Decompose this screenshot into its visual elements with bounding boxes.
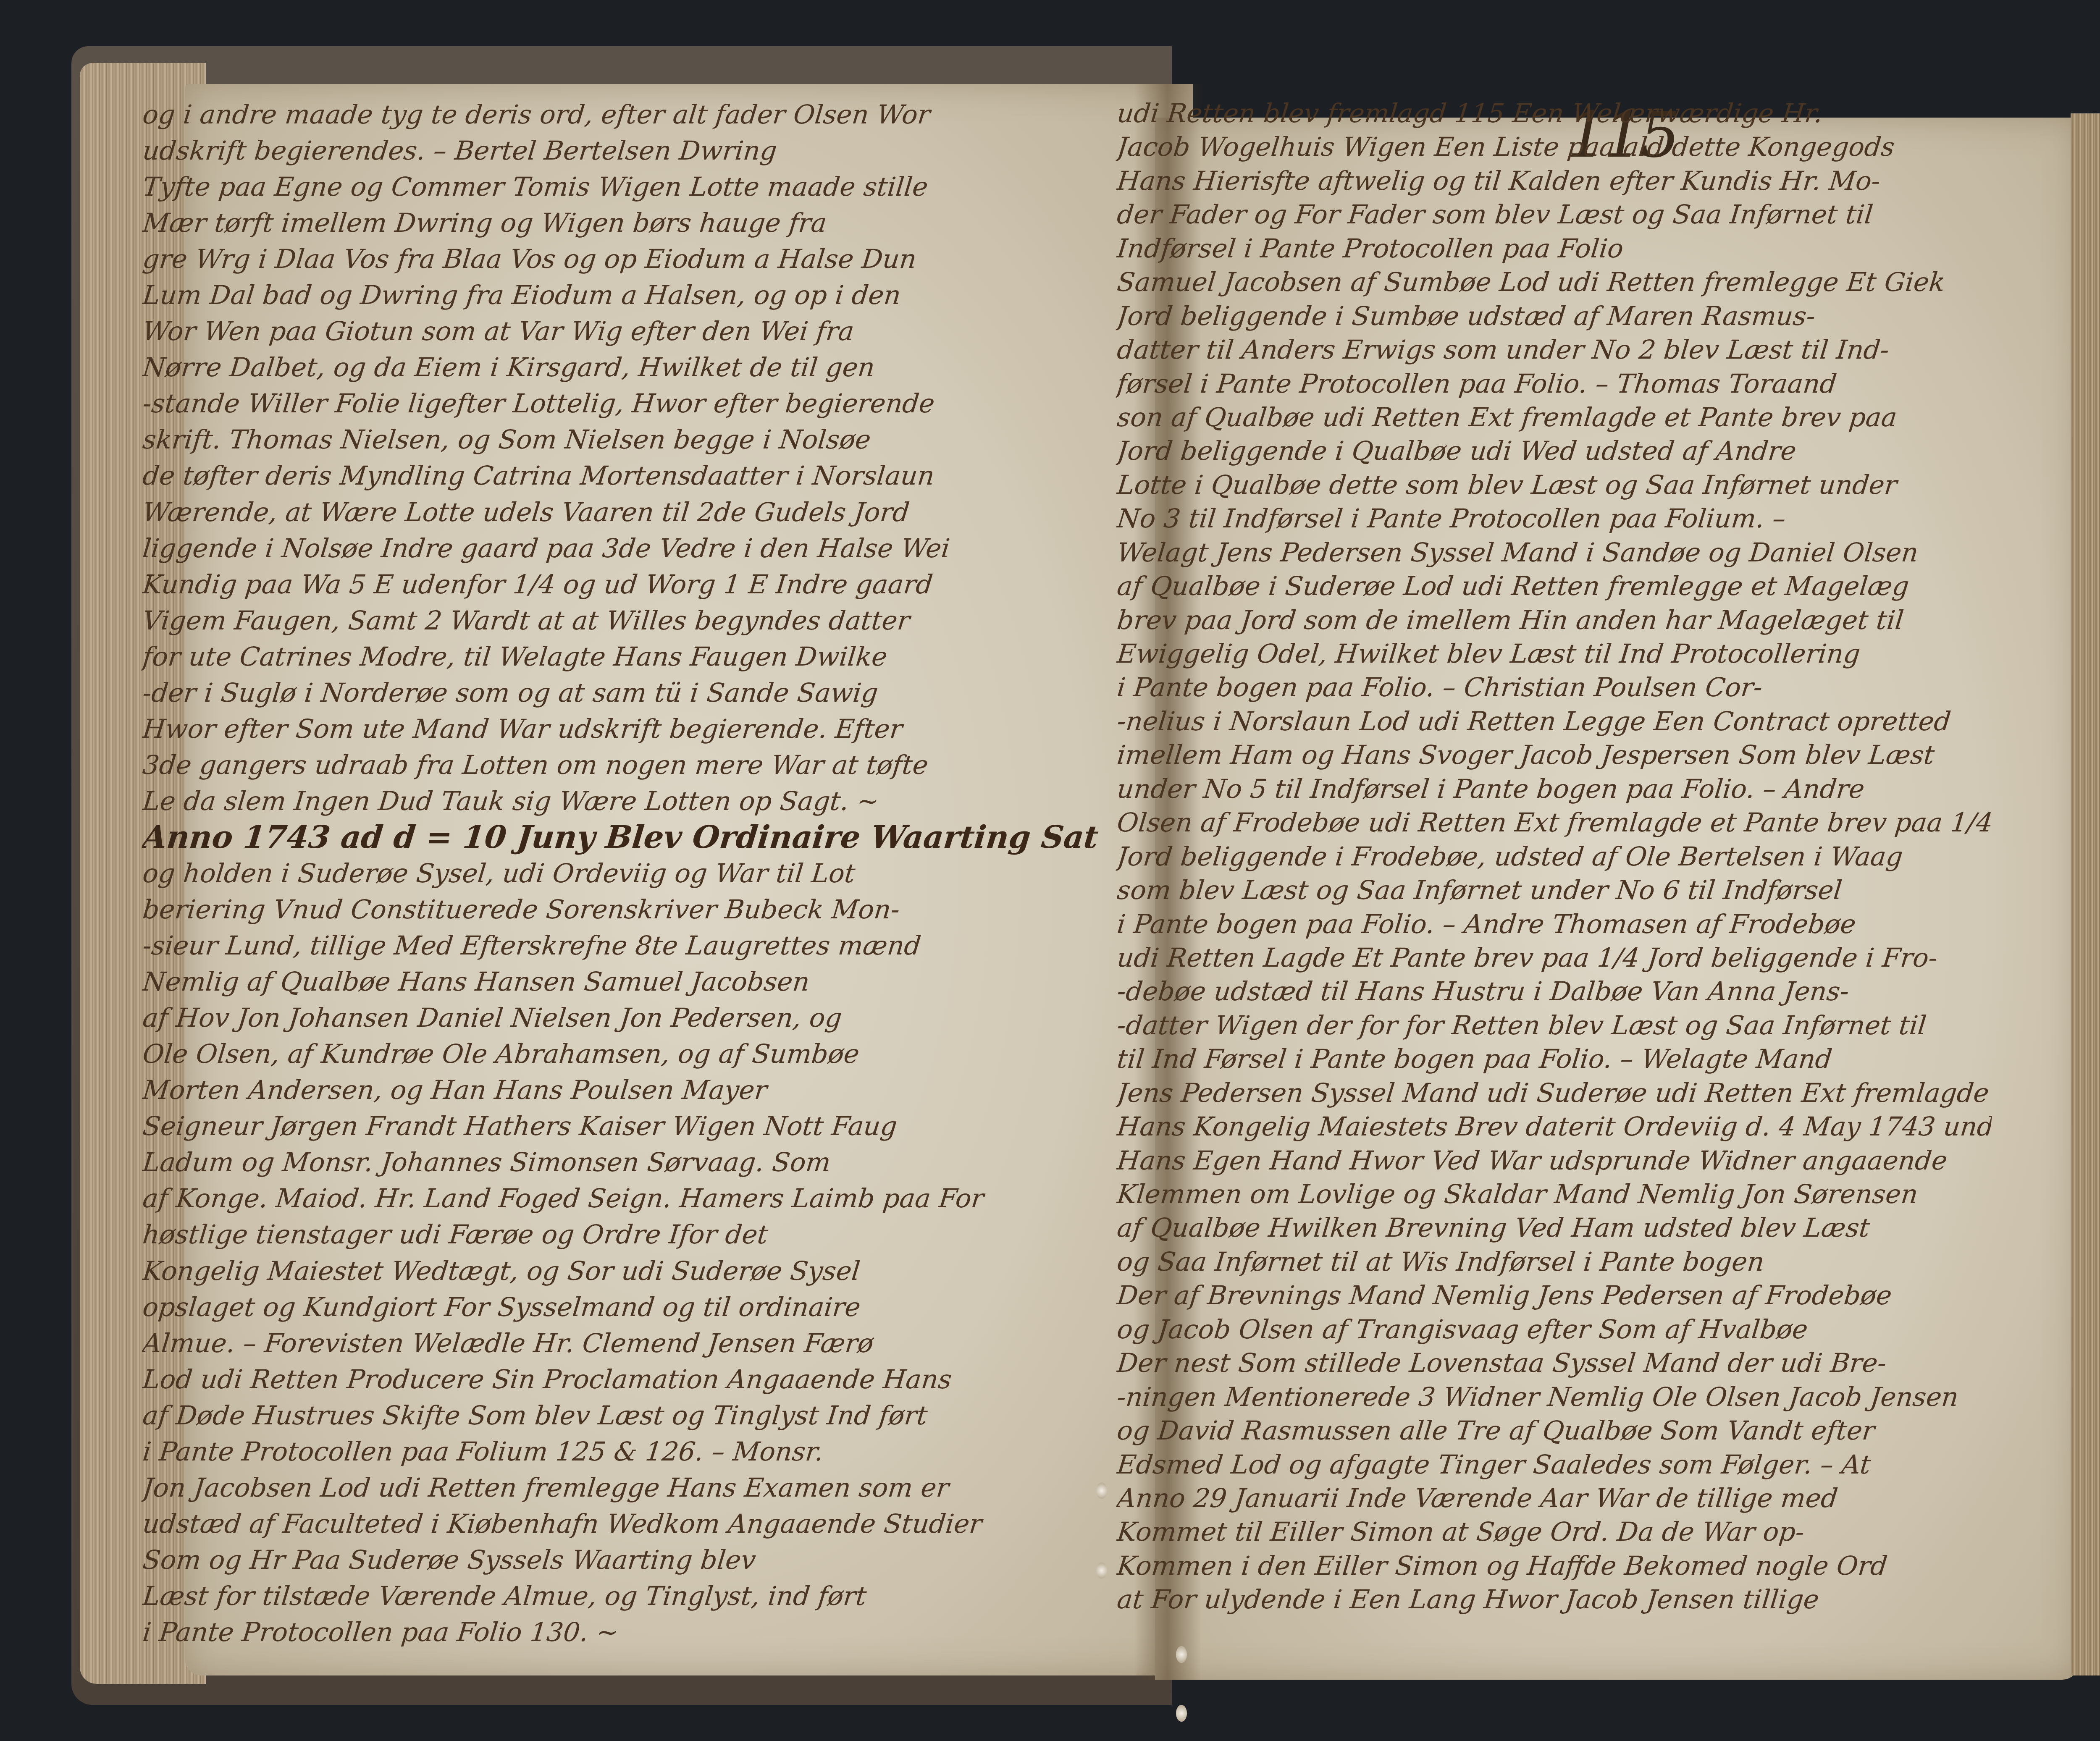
manuscript-line: -datter Wigen der for for Retten blev Læ… xyxy=(1116,1009,1992,1042)
manuscript-line: Almue. – Forevisten Welædle Hr. Clemend … xyxy=(141,1325,1115,1361)
manuscript-line: udi Retten blev fremlagd 115 Een Welærwæ… xyxy=(1116,97,1992,130)
manuscript-line: der Fader og For Fader som blev Læst og … xyxy=(1116,198,1992,231)
right-page-text: udi Retten blev fremlagd 115 Een Welærwæ… xyxy=(1117,97,1991,1617)
manuscript-line: Le da slem Ingen Dud Tauk sig Wære Lotte… xyxy=(141,783,1115,819)
manuscript-line: af Qualbøe Hwilken Brevning Ved Ham udst… xyxy=(1116,1211,1992,1245)
manuscript-line: Seigneur Jørgen Frandt Hathers Kaiser Wi… xyxy=(141,1108,1115,1144)
manuscript-line: Wærende, at Wære Lotte udels Vaaren til … xyxy=(141,494,1115,530)
manuscript-line: førsel i Pante Protocollen paa Folio. – … xyxy=(1116,367,1992,401)
manuscript-line: Jord beliggende i Sumbøe udstæd af Maren… xyxy=(1116,299,1992,333)
manuscript-line: -ningen Mentionerede 3 Widner Nemlig Ole… xyxy=(1116,1380,1992,1414)
manuscript-line: son af Qualbøe udi Retten Ext fremlagde … xyxy=(1116,401,1992,434)
manuscript-line: Lotte i Qualbøe dette som blev Læst og S… xyxy=(1116,468,1992,502)
manuscript-line: af Døde Hustrues Skifte Som blev Læst og… xyxy=(141,1398,1115,1434)
manuscript-line: Der nest Som stillede Lovenstaa Syssel M… xyxy=(1116,1346,1992,1380)
manuscript-line: Klemmen om Lovlige og Skaldar Mand Nemli… xyxy=(1116,1177,1992,1211)
manuscript-line: Samuel Jacobsen af Sumbøe Lod udi Retten… xyxy=(1116,265,1992,299)
manuscript-line: Nemlig af Qualbøe Hans Hansen Samuel Jac… xyxy=(141,964,1115,1000)
manuscript-line: og i andre maade tyg te deris ord, efter… xyxy=(141,97,1115,133)
manuscript-line: Indførsel i Pante Protocollen paa Folio xyxy=(1116,232,1992,265)
manuscript-line: høstlige tienstager udi Færøe og Ordre I… xyxy=(141,1217,1115,1253)
manuscript-line: under No 5 til Indførsel i Pante bogen p… xyxy=(1116,772,1992,806)
manuscript-line: de tøfter deris Myndling Catrina Mortens… xyxy=(141,458,1115,494)
manuscript-line: -stande Willer Folie ligefter Lottelig, … xyxy=(141,385,1115,422)
manuscript-line: Jord beliggende i Frodebøe, udsted af Ol… xyxy=(1116,840,1992,873)
manuscript-line: og Saa Inførnet til at Wis Indførsel i P… xyxy=(1116,1245,1992,1279)
manuscript-line: Morten Andersen, og Han Hans Poulsen May… xyxy=(141,1072,1115,1108)
manuscript-line: -debøe udstæd til Hans Hustru i Dalbøe V… xyxy=(1116,975,1992,1008)
manuscript-line: Hans Kongelig Maiestets Brev daterit Ord… xyxy=(1116,1110,1992,1143)
binding-hole xyxy=(1096,1482,1107,1499)
manuscript-line: 3de gangers udraab fra Lotten om nogen m… xyxy=(141,747,1115,783)
manuscript-line: Jens Pedersen Syssel Mand udi Suderøe ud… xyxy=(1116,1076,1992,1110)
manuscript-line: Wor Wen paa Giotun som at Var Wig efter … xyxy=(141,313,1115,349)
manuscript-line: Ole Olsen, af Kundrøe Ole Abrahamsen, og… xyxy=(141,1036,1115,1072)
manuscript-line: i Pante Protocollen paa Folio 130. ~ xyxy=(141,1614,1115,1650)
manuscript-line: Mær tørft imellem Dwring og Wigen børs h… xyxy=(141,205,1115,241)
manuscript-line: for ute Catrines Modre, til Welagte Hans… xyxy=(141,639,1115,675)
manuscript-line: No 3 til Indførsel i Pante Protocollen p… xyxy=(1116,502,1992,535)
manuscript-line: datter til Anders Erwigs som under No 2 … xyxy=(1116,333,1992,367)
manuscript-line: brev paa Jord som de imellem Hin anden h… xyxy=(1116,603,1992,637)
manuscript-line: og David Rasmussen alle Tre af Qualbøe S… xyxy=(1116,1414,1992,1447)
manuscript-line: i Pante bogen paa Folio. – Christian Pou… xyxy=(1116,671,1992,704)
manuscript-line: udi Retten Lagde Et Pante brev paa 1/4 J… xyxy=(1116,941,1992,975)
manuscript-line: Kommet til Eiller Simon at Søge Ord. Da … xyxy=(1116,1515,1992,1549)
manuscript-line: Hans Egen Hand Hwor Ved War udsprunde Wi… xyxy=(1116,1144,1992,1177)
manuscript-line: imellem Ham og Hans Svoger Jacob Jespers… xyxy=(1116,738,1992,772)
binding-hole xyxy=(1096,1562,1107,1579)
binding-hole xyxy=(1176,1646,1187,1663)
manuscript-line: til Ind Førsel i Pante bogen paa Folio. … xyxy=(1116,1042,1992,1076)
manuscript-line: af Qualbøe i Suderøe Lod udi Retten frem… xyxy=(1116,569,1992,603)
manuscript-line: Lod udi Retten Producere Sin Proclamatio… xyxy=(141,1361,1115,1398)
manuscript-line: Anno 1743 ad d = 10 Juny Blev Ordinaire … xyxy=(141,819,1115,855)
manuscript-line: liggende i Nolsøe Indre gaard paa 3de Ve… xyxy=(141,530,1115,566)
manuscript-line: Welagt Jens Pedersen Syssel Mand i Sandø… xyxy=(1116,536,1992,569)
manuscript-line: Ewiggelig Odel, Hwilket blev Læst til In… xyxy=(1116,637,1992,671)
manuscript-line: Kundig paa Wa 5 E udenfor 1/4 og ud Worg… xyxy=(141,566,1115,603)
manuscript-line: skrift. Thomas Nielsen, og Som Nielsen b… xyxy=(141,422,1115,458)
manuscript-line: gre Wrg i Dlaa Vos fra Blaa Vos og op Ei… xyxy=(141,241,1115,277)
manuscript-line: Hwor efter Som ute Mand War udskrift beg… xyxy=(141,711,1115,747)
left-page-text: og i andre maade tyg te deris ord, efter… xyxy=(143,97,1113,1650)
manuscript-line: Hans Hierisfte aftwelig og til Kalden ef… xyxy=(1116,164,1992,198)
manuscript-line: Jord beliggende i Qualbøe udi Wed udsted… xyxy=(1116,434,1992,468)
manuscript-line: -sieur Lund, tillige Med Efterskrefne 8t… xyxy=(141,928,1115,964)
manuscript-line: at For ulydende i Een Lang Hwor Jacob Je… xyxy=(1116,1583,1992,1616)
manuscript-line: Olsen af Frodebøe udi Retten Ext fremlag… xyxy=(1116,806,1992,839)
manuscript-line: Jon Jacobsen Lod udi Retten fremlegge Ha… xyxy=(141,1470,1115,1506)
manuscript-line: Lum Dal bad og Dwring fra Eiodum a Halse… xyxy=(141,277,1115,313)
manuscript-line: Kongelig Maiestet Wedtægt, og Sor udi Su… xyxy=(141,1253,1115,1289)
manuscript-line: som blev Læst og Saa Inførnet under No 6… xyxy=(1116,873,1992,907)
manuscript-line: Nørre Dalbet, og da Eiem i Kirsgard, Hwi… xyxy=(141,349,1115,385)
binding-hole xyxy=(1176,1705,1187,1722)
manuscript-line: i Pante Protocollen paa Folium 125 & 126… xyxy=(141,1434,1115,1470)
manuscript-line: Vigem Faugen, Samt 2 Wardt at at Willes … xyxy=(141,603,1115,639)
manuscript-line: Som og Hr Paa Suderøe Syssels Waarting b… xyxy=(141,1542,1115,1578)
manuscript-line: udstæd af Faculteted i Kiøbenhafn Wedkom… xyxy=(141,1506,1115,1542)
manuscript-line: af Hov Jon Johansen Daniel Nielsen Jon P… xyxy=(141,1000,1115,1036)
manuscript-line: Anno 29 Januarii Inde Værende Aar War de… xyxy=(1116,1481,1992,1515)
manuscript-line: Jacob Wogelhuis Wigen Een Liste paa ald … xyxy=(1116,130,1992,164)
manuscript-line: -der i Suglø i Norderøe som og at sam tü… xyxy=(141,675,1115,711)
manuscript-line: Tyfte paa Egne og Commer Tomis Wigen Lot… xyxy=(141,169,1115,205)
manuscript-line: og Jacob Olsen af Trangisvaag efter Som … xyxy=(1116,1313,1992,1346)
manuscript-line: udskrift begierendes. – Bertel Bertelsen… xyxy=(141,133,1115,169)
manuscript-line: og holden i Suderøe Sysel, udi Ordeviig … xyxy=(141,855,1115,891)
page-edges-right xyxy=(2071,113,2100,1675)
manuscript-line: Ladum og Monsr. Johannes Simonsen Sørvaa… xyxy=(141,1144,1115,1180)
manuscript-line: Kommen i den Eiller Simon og Haffde Beko… xyxy=(1116,1549,1992,1583)
manuscript-line: opslaget og Kundgiort For Sysselmand og … xyxy=(141,1289,1115,1325)
manuscript-line: af Konge. Maiod. Hr. Land Foged Seign. H… xyxy=(141,1180,1115,1217)
manuscript-line: i Pante bogen paa Folio. – Andre Thomase… xyxy=(1116,907,1992,941)
manuscript-line: Der af Brevnings Mand Nemlig Jens Peders… xyxy=(1116,1279,1992,1312)
manuscript-line: beriering Vnud Constituerede Sorenskrive… xyxy=(141,891,1115,928)
manuscript-line: Læst for tilstæde Værende Almue, og Ting… xyxy=(141,1578,1115,1614)
manuscript-line: -nelius i Norslaun Lod udi Retten Legge … xyxy=(1116,705,1992,738)
manuscript-line: Edsmed Lod og afgagte Tinger Saaledes so… xyxy=(1116,1448,1992,1481)
